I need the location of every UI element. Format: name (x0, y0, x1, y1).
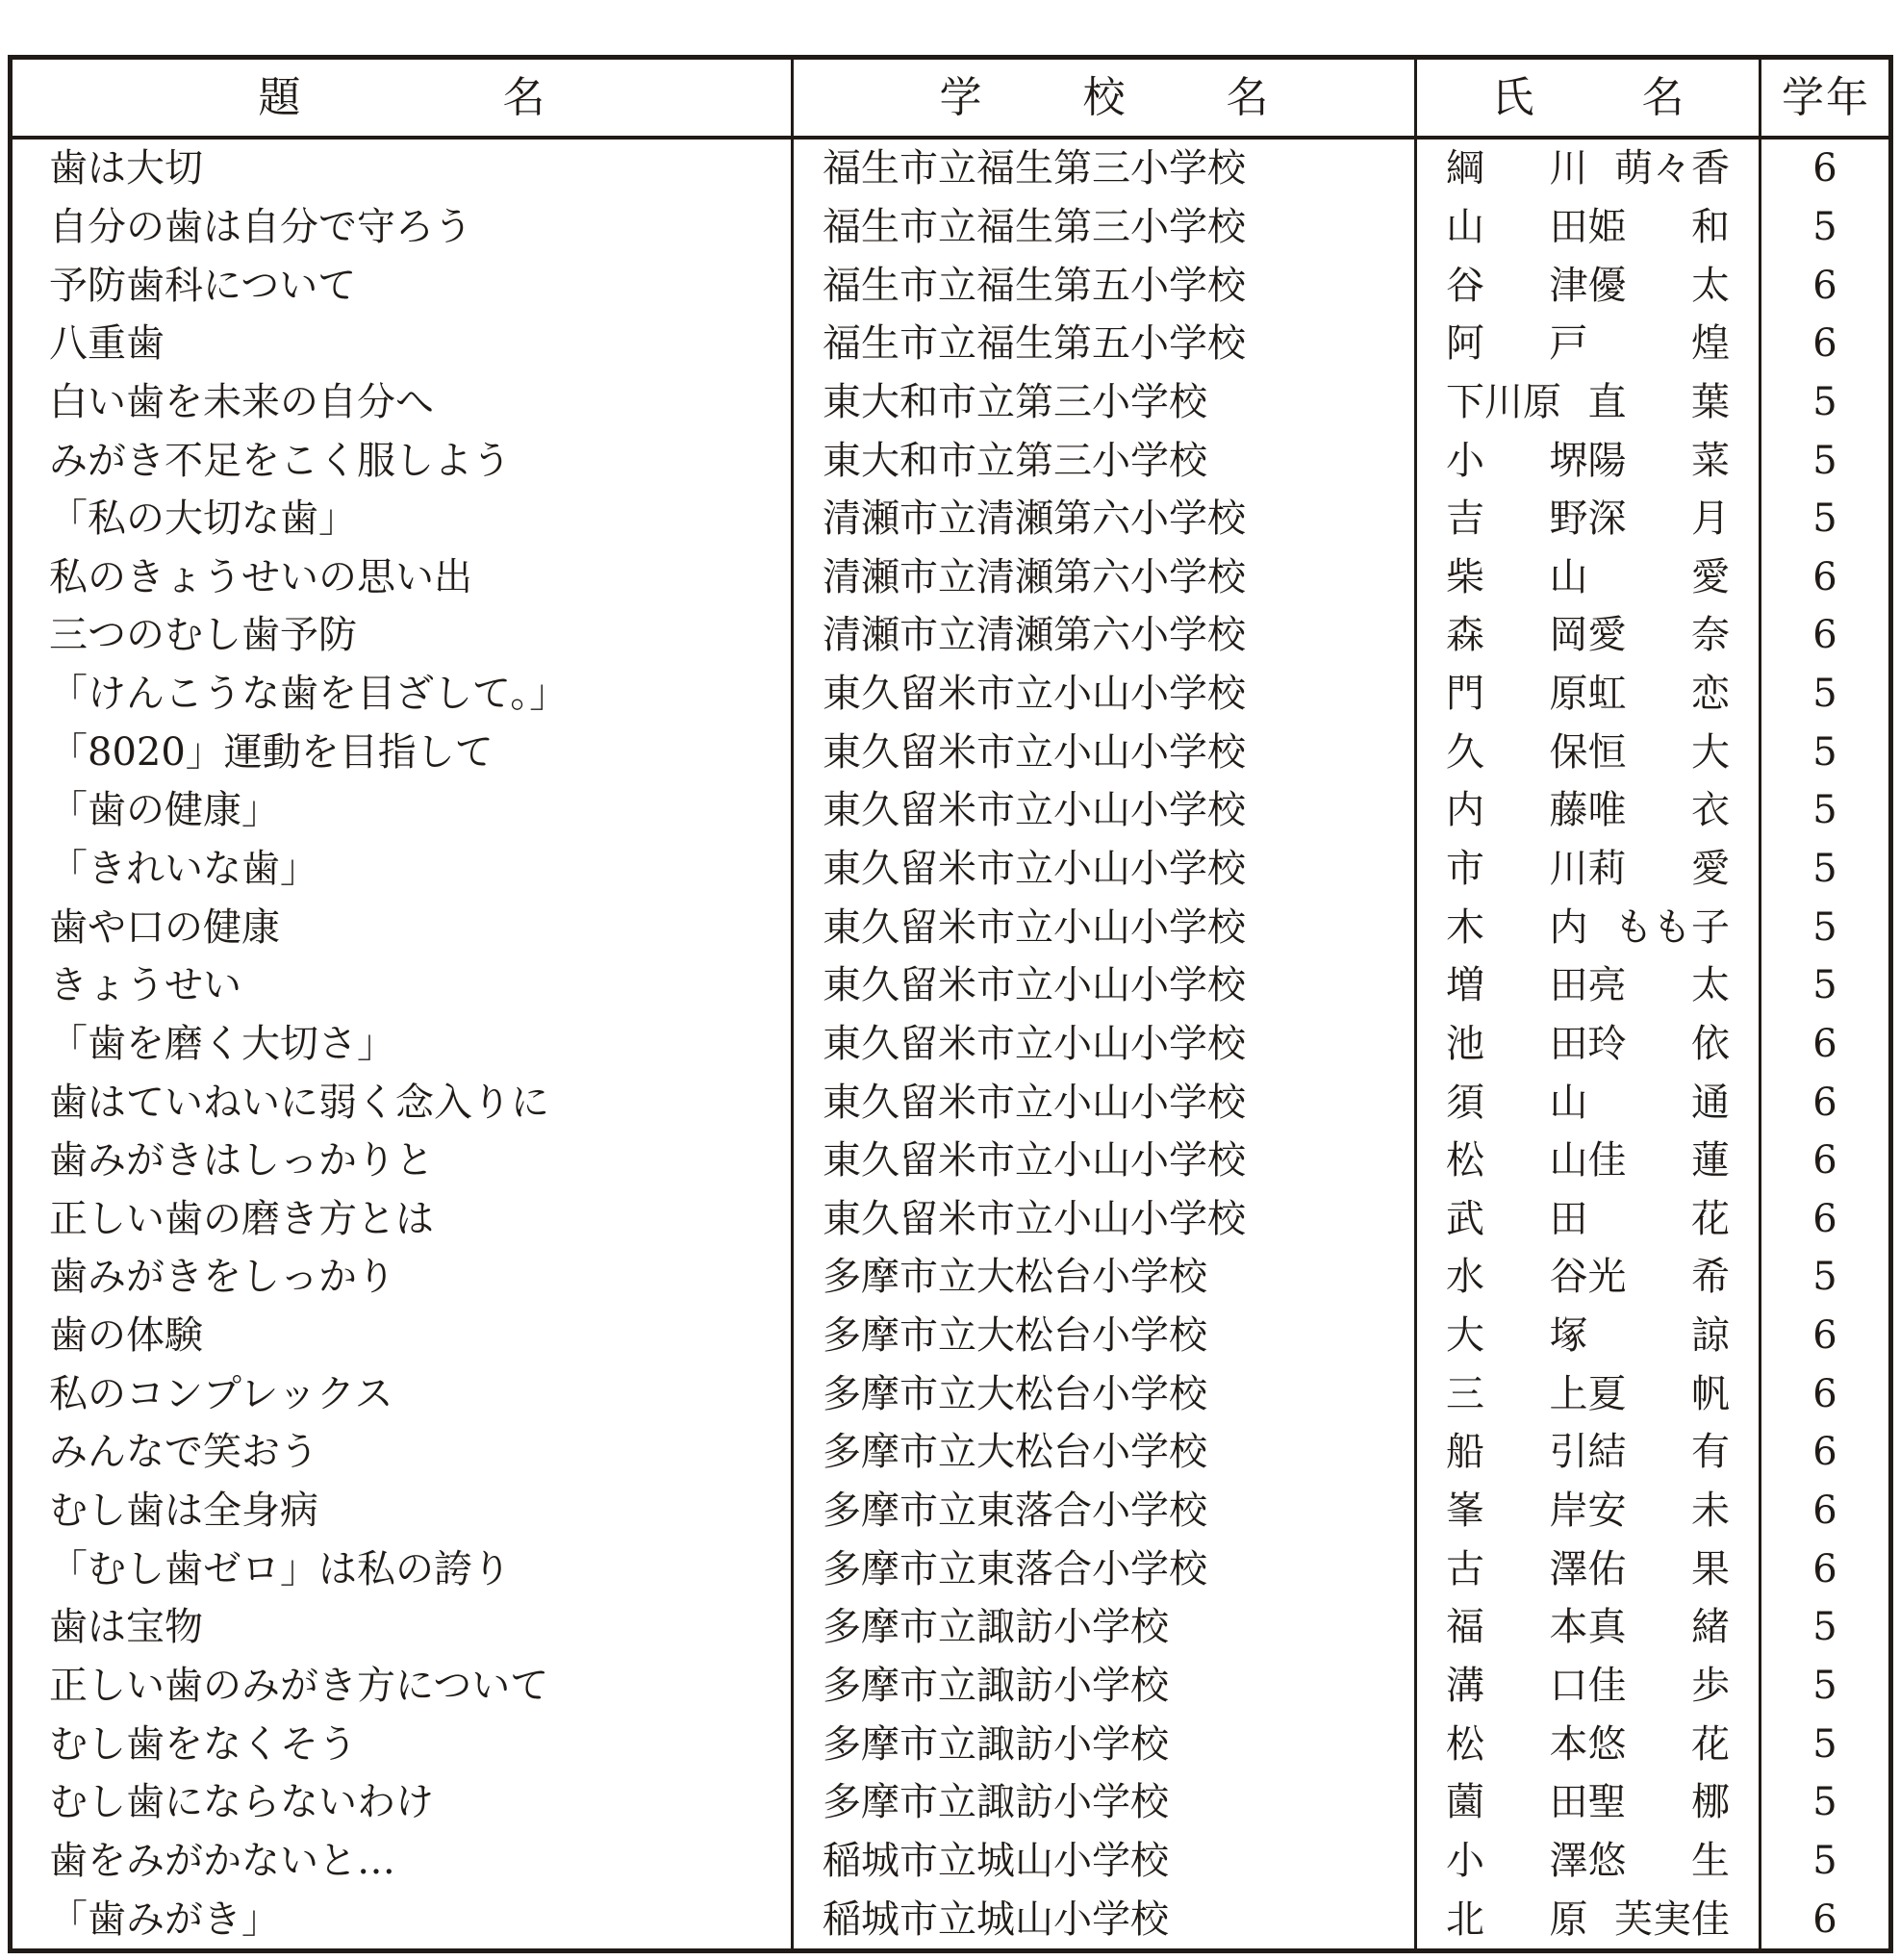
header-school: 学校名 (791, 60, 1414, 136)
title-cell: むし歯は全身病 (13, 1482, 791, 1540)
grade-cell: 5 (1759, 781, 1888, 840)
table-row: 歯は大切 福生市立福生第三小学校 綱川 萌々香 6 (13, 140, 1888, 198)
school-cell: 稲城市立城山小学校 (791, 1832, 1414, 1891)
title-cell: 予防歯科について (13, 256, 791, 315)
grade-cell: 5 (1759, 1598, 1888, 1657)
table-row: 「歯の健康」 東久留米市立小山小学校 内藤 唯衣 5 (13, 781, 1888, 840)
grade-cell: 5 (1759, 198, 1888, 257)
family-name: 門原 (1446, 675, 1588, 713)
header-name: 氏名 (1414, 60, 1759, 136)
title-cell: 「むし歯ゼロ」は私の誇り (13, 1540, 791, 1598)
family-name: 下川原 (1446, 383, 1588, 421)
title-cell: 三つのむし歯予防 (13, 606, 791, 665)
table-row: むし歯をなくそう 多摩市立諏訪小学校 松本 悠花 5 (13, 1715, 1888, 1773)
grade-cell: 6 (1759, 1073, 1888, 1132)
grade-cell: 6 (1759, 256, 1888, 315)
given-name: 佳蓮 (1588, 1141, 1731, 1180)
family-name: 薗田 (1446, 1783, 1588, 1821)
table-row: 正しい歯のみがき方について 多摩市立諏訪小学校 溝口 佳歩 5 (13, 1657, 1888, 1716)
title-cell: 歯は宝物 (13, 1598, 791, 1657)
given-name: 深月 (1588, 499, 1731, 538)
given-name: 佳歩 (1588, 1667, 1731, 1705)
name-cell: 水谷 光希 (1414, 1248, 1759, 1307)
title-cell: みがき不足をこく服しよう (13, 431, 791, 490)
grade-cell: 5 (1759, 1657, 1888, 1716)
title-cell: 私のきょうせいの思い出 (13, 547, 791, 606)
table-row: 「きれいな歯」 東久留米市立小山小学校 市川 莉愛 5 (13, 840, 1888, 899)
name-cell: 北原 芙実佳 (1414, 1890, 1759, 1948)
grade-cell: 5 (1759, 373, 1888, 432)
table-row: 「8020」運動を目指して 東久留米市立小山小学校 久保 恒大 5 (13, 723, 1888, 781)
title-cell: 「8020」運動を目指して (13, 723, 791, 781)
table-row: むし歯にならないわけ 多摩市立諏訪小学校 薗田 聖梛 5 (13, 1773, 1888, 1832)
table-row: きょうせい 東久留米市立小山小学校 増田 亮太 5 (13, 956, 1888, 1015)
title-cell: 「きれいな歯」 (13, 840, 791, 899)
name-cell: 山田 姫和 (1414, 198, 1759, 257)
table-row: 歯はていねいに弱く念入りに 東久留米市立小山小学校 須山 通 6 (13, 1073, 1888, 1132)
name-cell: 小澤 悠生 (1414, 1832, 1759, 1891)
table-row: 正しい歯の磨き方とは 東久留米市立小山小学校 武田 花 6 (13, 1190, 1888, 1249)
given-name: 優太 (1588, 267, 1731, 305)
family-name: 久保 (1446, 733, 1588, 772)
table-row: 歯をみがかないと… 稲城市立城山小学校 小澤 悠生 5 (13, 1832, 1888, 1891)
family-name: 吉野 (1446, 499, 1588, 538)
given-name: 陽菜 (1588, 442, 1731, 480)
table-row: 歯は宝物 多摩市立諏訪小学校 福本 真緒 5 (13, 1598, 1888, 1657)
name-cell: 松山 佳蓮 (1414, 1132, 1759, 1190)
school-cell: 福生市立福生第五小学校 (791, 315, 1414, 373)
title-cell: 白い歯を未来の自分へ (13, 373, 791, 432)
family-name: 松山 (1446, 1141, 1588, 1180)
title-cell: 歯をみがかないと… (13, 1832, 791, 1891)
title-cell: 「歯を磨く大切さ」 (13, 1015, 791, 1074)
name-cell: 久保 恒大 (1414, 723, 1759, 781)
school-cell: 多摩市立東落合小学校 (791, 1482, 1414, 1540)
given-name: 愛奈 (1588, 616, 1731, 654)
name-cell: 阿戸 煌 (1414, 315, 1759, 373)
school-cell: 清瀬市立清瀬第六小学校 (791, 547, 1414, 606)
school-cell: 多摩市立大松台小学校 (791, 1364, 1414, 1423)
family-name: 北原 (1446, 1900, 1588, 1939)
title-cell: 歯みがきはしっかりと (13, 1132, 791, 1190)
table-row: 歯の体験 多摩市立大松台小学校 大塚 諒 6 (13, 1307, 1888, 1365)
grade-cell: 5 (1759, 431, 1888, 490)
name-cell: 薗田 聖梛 (1414, 1773, 1759, 1832)
given-name: 悠生 (1588, 1842, 1731, 1880)
school-cell: 多摩市立大松台小学校 (791, 1423, 1414, 1482)
name-cell: 内藤 唯衣 (1414, 781, 1759, 840)
family-name: 峯岸 (1446, 1491, 1588, 1530)
grade-cell: 6 (1759, 1890, 1888, 1948)
title-cell: むし歯をなくそう (13, 1715, 791, 1773)
title-cell: 「私の大切な歯」 (13, 490, 791, 548)
family-name: 船引 (1446, 1433, 1588, 1471)
name-cell: 森岡 愛奈 (1414, 606, 1759, 665)
grade-cell: 6 (1759, 315, 1888, 373)
table-row: 「歯を磨く大切さ」 東久留米市立小山小学校 池田 玲依 6 (13, 1015, 1888, 1074)
school-cell: 福生市立福生第三小学校 (791, 140, 1414, 198)
header-school-label: 学校名 (940, 77, 1370, 119)
school-cell: 多摩市立東落合小学校 (791, 1540, 1414, 1598)
school-cell: 東大和市立第三小学校 (791, 431, 1414, 490)
family-name: 小澤 (1446, 1842, 1588, 1880)
title-cell: 歯や口の健康 (13, 898, 791, 956)
table-row: 歯みがきをしっかり 多摩市立大松台小学校 水谷 光希 5 (13, 1248, 1888, 1307)
table-row: 歯や口の健康 東久留米市立小山小学校 木内 もも子 5 (13, 898, 1888, 956)
grade-cell: 6 (1759, 1307, 1888, 1365)
table-row: むし歯は全身病 多摩市立東落合小学校 峯岸 安未 6 (13, 1482, 1888, 1540)
name-cell: 須山 通 (1414, 1073, 1759, 1132)
family-name: 谷津 (1446, 267, 1588, 305)
family-name: 三上 (1446, 1375, 1588, 1413)
school-cell: 多摩市立諏訪小学校 (791, 1773, 1414, 1832)
given-name: 恒大 (1588, 733, 1731, 772)
header-grade-label: 学年 (1782, 77, 1870, 119)
school-cell: 東久留米市立小山小学校 (791, 956, 1414, 1015)
family-name: 小堺 (1446, 442, 1588, 480)
school-cell: 清瀬市立清瀬第六小学校 (791, 490, 1414, 548)
family-name: 武田 (1446, 1200, 1588, 1238)
grade-cell: 5 (1759, 490, 1888, 548)
school-cell: 多摩市立諏訪小学校 (791, 1715, 1414, 1773)
given-name: 通 (1588, 1083, 1731, 1122)
given-name: 夏帆 (1588, 1375, 1731, 1413)
family-name: 大塚 (1446, 1316, 1588, 1355)
title-cell: 歯は大切 (13, 140, 791, 198)
name-cell: 吉野 深月 (1414, 490, 1759, 548)
grade-cell: 5 (1759, 956, 1888, 1015)
table-row: みんなで笑おう 多摩市立大松台小学校 船引 結有 6 (13, 1423, 1888, 1482)
title-cell: 歯はていねいに弱く念入りに (13, 1073, 791, 1132)
given-name: もも子 (1588, 908, 1731, 947)
family-name: 綱川 (1446, 149, 1588, 188)
school-cell: 多摩市立大松台小学校 (791, 1307, 1414, 1365)
title-cell: 歯みがきをしっかり (13, 1248, 791, 1307)
name-cell: 三上 夏帆 (1414, 1364, 1759, 1423)
given-name: 愛 (1588, 558, 1731, 597)
given-name: 花 (1588, 1200, 1731, 1238)
grade-cell: 5 (1759, 1715, 1888, 1773)
family-name: 増田 (1446, 966, 1588, 1005)
family-name: 水谷 (1446, 1258, 1588, 1296)
table-row: 私のコンプレックス 多摩市立大松台小学校 三上 夏帆 6 (13, 1364, 1888, 1423)
name-cell: 池田 玲依 (1414, 1015, 1759, 1074)
name-cell: 柴山 愛 (1414, 547, 1759, 606)
given-name: 亮太 (1588, 966, 1731, 1005)
given-name: 安未 (1588, 1491, 1731, 1530)
school-cell: 多摩市立大松台小学校 (791, 1248, 1414, 1307)
given-name: 悠花 (1588, 1725, 1731, 1764)
given-name: 玲依 (1588, 1025, 1731, 1063)
given-name: 萌々香 (1588, 149, 1731, 188)
name-cell: 古澤 佑果 (1414, 1540, 1759, 1598)
table-row: 八重歯 福生市立福生第五小学校 阿戸 煌 6 (13, 315, 1888, 373)
school-cell: 東久留米市立小山小学校 (791, 1073, 1414, 1132)
title-cell: 正しい歯の磨き方とは (13, 1190, 791, 1249)
title-cell: 歯の体験 (13, 1307, 791, 1365)
grade-cell: 5 (1759, 1248, 1888, 1307)
given-name: 佑果 (1588, 1550, 1731, 1589)
school-cell: 東久留米市立小山小学校 (791, 1190, 1414, 1249)
name-cell: 下川原 直葉 (1414, 373, 1759, 432)
table-row: 「けんこうな歯を目ざして。」 東久留米市立小山小学校 門原 虹恋 5 (13, 665, 1888, 724)
name-cell: 市川 莉愛 (1414, 840, 1759, 899)
grade-cell: 5 (1759, 665, 1888, 724)
given-name: 芙実佳 (1588, 1900, 1731, 1939)
name-cell: 綱川 萌々香 (1414, 140, 1759, 198)
school-cell: 福生市立福生第三小学校 (791, 198, 1414, 257)
given-name: 虹恋 (1588, 675, 1731, 713)
school-cell: 東久留米市立小山小学校 (791, 898, 1414, 956)
grade-cell: 6 (1759, 140, 1888, 198)
grade-cell: 6 (1759, 606, 1888, 665)
family-name: 福本 (1446, 1608, 1588, 1646)
header-title: 題名 (13, 60, 791, 136)
given-name: 直葉 (1588, 383, 1731, 421)
name-cell: 峯岸 安未 (1414, 1482, 1759, 1540)
name-cell: 増田 亮太 (1414, 956, 1759, 1015)
name-cell: 福本 真緒 (1414, 1598, 1759, 1657)
table-body: 歯は大切 福生市立福生第三小学校 綱川 萌々香 6 自分の歯は自分で守ろう 福生… (13, 140, 1888, 1948)
school-cell: 東久留米市立小山小学校 (791, 840, 1414, 899)
grade-cell: 5 (1759, 898, 1888, 956)
grade-cell: 6 (1759, 1132, 1888, 1190)
given-name: 煌 (1588, 324, 1731, 363)
family-name: 市川 (1446, 850, 1588, 888)
title-cell: 自分の歯は自分で守ろう (13, 198, 791, 257)
school-cell: 東久留米市立小山小学校 (791, 665, 1414, 724)
family-name: 柴山 (1446, 558, 1588, 597)
school-cell: 東久留米市立小山小学校 (791, 723, 1414, 781)
header-grade: 学年 (1759, 60, 1888, 136)
grade-cell: 5 (1759, 1773, 1888, 1832)
family-name: 溝口 (1446, 1667, 1588, 1705)
title-cell: きょうせい (13, 956, 791, 1015)
table-row: みがき不足をこく服しよう 東大和市立第三小学校 小堺 陽菜 5 (13, 431, 1888, 490)
school-cell: 東久留米市立小山小学校 (791, 1132, 1414, 1190)
given-name: 聖梛 (1588, 1783, 1731, 1821)
school-cell: 東大和市立第三小学校 (791, 373, 1414, 432)
grade-cell: 5 (1759, 840, 1888, 899)
school-cell: 東久留米市立小山小学校 (791, 781, 1414, 840)
grade-cell: 6 (1759, 1015, 1888, 1074)
given-name: 莉愛 (1588, 850, 1731, 888)
family-name: 森岡 (1446, 616, 1588, 654)
given-name: 唯衣 (1588, 791, 1731, 829)
family-name: 山田 (1446, 208, 1588, 246)
title-cell: むし歯にならないわけ (13, 1773, 791, 1832)
name-cell: 谷津 優太 (1414, 256, 1759, 315)
table-row: 「むし歯ゼロ」は私の誇り 多摩市立東落合小学校 古澤 佑果 6 (13, 1540, 1888, 1598)
family-name: 内藤 (1446, 791, 1588, 829)
title-cell: みんなで笑おう (13, 1423, 791, 1482)
grade-cell: 6 (1759, 1482, 1888, 1540)
name-cell: 溝口 佳歩 (1414, 1657, 1759, 1716)
title-cell: 正しい歯のみがき方について (13, 1657, 791, 1716)
grade-cell: 6 (1759, 1190, 1888, 1249)
name-cell: 船引 結有 (1414, 1423, 1759, 1482)
school-cell: 清瀬市立清瀬第六小学校 (791, 606, 1414, 665)
family-name: 池田 (1446, 1025, 1588, 1063)
given-name: 諒 (1588, 1316, 1731, 1355)
title-cell: 「けんこうな歯を目ざして。」 (13, 665, 791, 724)
given-name: 光希 (1588, 1258, 1731, 1296)
name-cell: 門原 虹恋 (1414, 665, 1759, 724)
table-row: 歯みがきはしっかりと 東久留米市立小山小学校 松山 佳蓮 6 (13, 1132, 1888, 1190)
grade-cell: 5 (1759, 1832, 1888, 1891)
name-cell: 大塚 諒 (1414, 1307, 1759, 1365)
school-cell: 東久留米市立小山小学校 (791, 1015, 1414, 1074)
name-cell: 武田 花 (1414, 1190, 1759, 1249)
awards-table: 題名 学校名 氏名 学年 歯は大切 福生市立福生第三小学校 綱川 萌々香 6 自… (8, 55, 1893, 1953)
family-name: 阿戸 (1446, 324, 1588, 363)
title-cell: 私のコンプレックス (13, 1364, 791, 1423)
grade-cell: 6 (1759, 1540, 1888, 1598)
title-cell: 「歯みがき」 (13, 1890, 791, 1948)
given-name: 真緒 (1588, 1608, 1731, 1646)
given-name: 姫和 (1588, 208, 1731, 246)
title-cell: 八重歯 (13, 315, 791, 373)
school-cell: 多摩市立諏訪小学校 (791, 1598, 1414, 1657)
table-row: 私のきょうせいの思い出 清瀬市立清瀬第六小学校 柴山 愛 6 (13, 547, 1888, 606)
given-name: 結有 (1588, 1433, 1731, 1471)
grade-cell: 6 (1759, 547, 1888, 606)
table-row: 三つのむし歯予防 清瀬市立清瀬第六小学校 森岡 愛奈 6 (13, 606, 1888, 665)
table-row: 自分の歯は自分で守ろう 福生市立福生第三小学校 山田 姫和 5 (13, 198, 1888, 257)
grade-cell: 5 (1759, 723, 1888, 781)
grade-cell: 6 (1759, 1423, 1888, 1482)
header-title-label: 題名 (259, 77, 747, 119)
title-cell: 「歯の健康」 (13, 781, 791, 840)
name-cell: 木内 もも子 (1414, 898, 1759, 956)
table-row: 「私の大切な歯」 清瀬市立清瀬第六小学校 吉野 深月 5 (13, 490, 1888, 548)
page: 題名 学校名 氏名 学年 歯は大切 福生市立福生第三小学校 綱川 萌々香 6 自… (0, 0, 1900, 1960)
name-cell: 小堺 陽菜 (1414, 431, 1759, 490)
school-cell: 福生市立福生第五小学校 (791, 256, 1414, 315)
table-header-row: 題名 学校名 氏名 学年 (13, 60, 1888, 140)
name-cell: 松本 悠花 (1414, 1715, 1759, 1773)
table-row: 予防歯科について 福生市立福生第五小学校 谷津 優太 6 (13, 256, 1888, 315)
family-name: 須山 (1446, 1083, 1588, 1122)
family-name: 松本 (1446, 1725, 1588, 1764)
table-row: 白い歯を未来の自分へ 東大和市立第三小学校 下川原 直葉 5 (13, 373, 1888, 432)
school-cell: 稲城市立城山小学校 (791, 1890, 1414, 1948)
header-name-label: 氏名 (1492, 77, 1792, 119)
table-row: 「歯みがき」 稲城市立城山小学校 北原 芙実佳 6 (13, 1890, 1888, 1948)
grade-cell: 6 (1759, 1364, 1888, 1423)
family-name: 木内 (1446, 908, 1588, 947)
school-cell: 多摩市立諏訪小学校 (791, 1657, 1414, 1716)
family-name: 古澤 (1446, 1550, 1588, 1589)
